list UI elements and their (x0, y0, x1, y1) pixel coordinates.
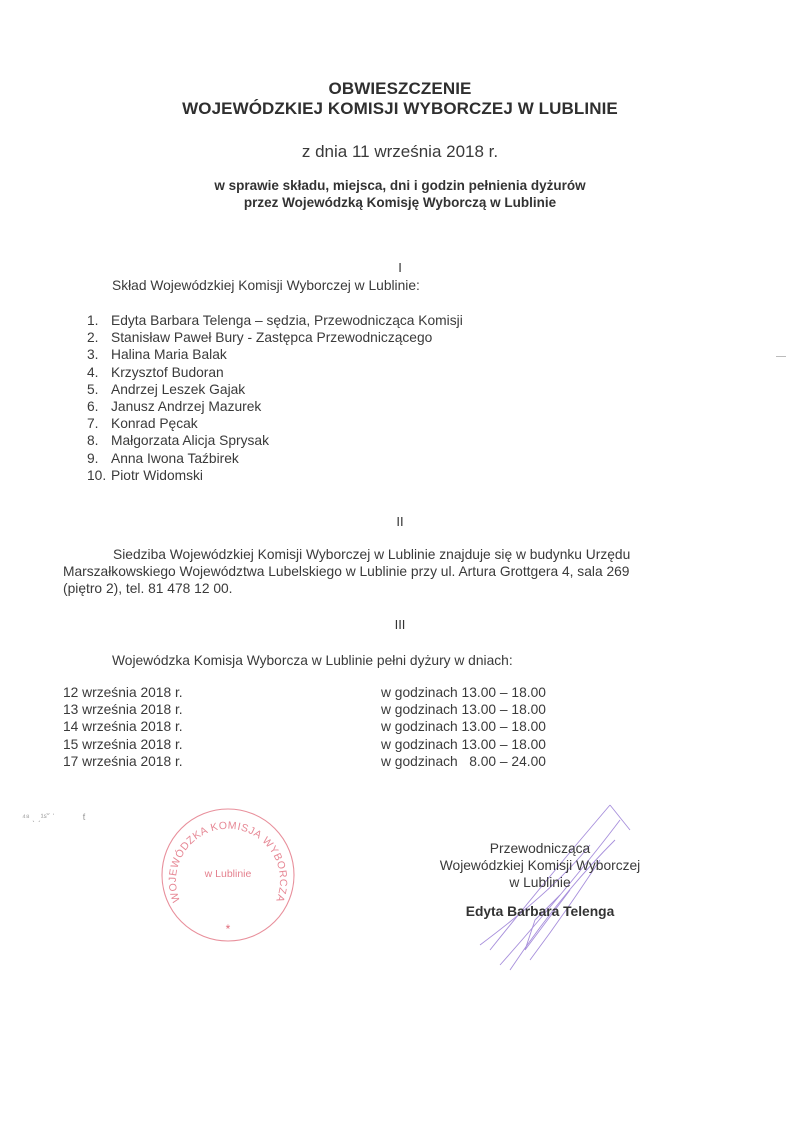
schedule-hours: w godzinach 8.00 – 24.00 (381, 753, 546, 770)
member-number: 1. (87, 312, 111, 329)
section-2-numeral: II (0, 514, 800, 529)
member-name: Edyta Barbara Telenga – sędzia, Przewodn… (111, 312, 463, 329)
schedule-hours: w godzinach 13.00 – 18.00 (381, 736, 546, 753)
schedule-row: 12 września 2018 r.w godzinach 13.00 – 1… (63, 684, 583, 701)
address-line-2: Marszałkowskiego Województwa Lubelskiego… (63, 563, 703, 580)
schedule-hours: w godzinach 13.00 – 18.00 (381, 684, 546, 701)
member-list-item: 1.Edyta Barbara Telenga – sędzia, Przewo… (87, 312, 463, 329)
member-list-item: 7.Konrad Pęcak (87, 415, 463, 432)
section-1-numeral: I (0, 260, 800, 275)
member-list-item: 2.Stanisław Paweł Bury - Zastępca Przewo… (87, 329, 463, 346)
member-number: 4. (87, 364, 111, 381)
schedule-row: 17 września 2018 r.w godzinach 8.00 – 24… (63, 753, 583, 770)
section-3-intro: Wojewódzka Komisja Wyborcza w Lublinie p… (112, 652, 513, 669)
duty-schedule: 12 września 2018 r.w godzinach 13.00 – 1… (63, 684, 583, 770)
stamp-seal-icon: WOJEWÓDZKA KOMISJA WYBORCZA w Lublinie * (158, 805, 298, 945)
member-name: Konrad Pęcak (111, 415, 198, 432)
scan-artifact-mark (776, 356, 786, 357)
document-title-line1: OBWIESZCZENIE (0, 79, 800, 99)
signature-block: Przewodnicząca Wojewódzkiej Komisji Wybo… (420, 840, 660, 920)
signer-role-line1: Przewodnicząca (420, 840, 660, 857)
svg-text:*: * (226, 922, 231, 936)
member-list-item: 9.Anna Iwona Taźbirek (87, 450, 463, 467)
address-line-3: (piętro 2), tel. 81 478 12 00. (63, 580, 703, 597)
document-date: z dnia 11 września 2018 r. (0, 142, 800, 162)
member-name: Anna Iwona Taźbirek (111, 450, 239, 467)
member-number: 2. (87, 329, 111, 346)
member-number: 9. (87, 450, 111, 467)
schedule-row: 13 września 2018 r.w godzinach 13.00 – 1… (63, 701, 583, 718)
signer-name: Edyta Barbara Telenga (420, 903, 660, 920)
scan-artifact: ⁴⁸ ˎ ˏ¹ˢ˘ ˈ ƭ (22, 812, 85, 822)
document-subject-line2: przez Wojewódzką Komisję Wyborczą w Lubl… (0, 194, 800, 211)
member-number: 3. (87, 346, 111, 363)
address-line-1: Siedziba Wojewódzkiej Komisji Wyborczej … (113, 547, 630, 562)
member-list-item: 6.Janusz Andrzej Mazurek (87, 398, 463, 415)
schedule-hours: w godzinach 13.00 – 18.00 (381, 701, 546, 718)
schedule-date: 17 września 2018 r. (63, 753, 381, 770)
section-2-paragraph: Siedziba Wojewódzkiej Komisji Wyborczej … (63, 546, 703, 597)
schedule-hours: w godzinach 13.00 – 18.00 (381, 718, 546, 735)
member-list-item: 10.Piotr Widomski (87, 467, 463, 484)
schedule-row: 14 września 2018 r.w godzinach 13.00 – 1… (63, 718, 583, 735)
member-number: 10. (87, 467, 111, 484)
member-name: Andrzej Leszek Gajak (111, 381, 245, 398)
members-list: 1.Edyta Barbara Telenga – sędzia, Przewo… (87, 312, 463, 484)
member-number: 8. (87, 432, 111, 449)
schedule-row: 15 września 2018 r.w godzinach 13.00 – 1… (63, 736, 583, 753)
schedule-date: 13 września 2018 r. (63, 701, 381, 718)
document-title-line2: WOJEWÓDZKIEJ KOMISJI WYBORCZEJ W LUBLINI… (0, 99, 800, 119)
svg-text:w Lublinie: w Lublinie (204, 868, 252, 880)
member-number: 5. (87, 381, 111, 398)
section-3-numeral: III (0, 617, 800, 632)
member-name: Stanisław Paweł Bury - Zastępca Przewodn… (111, 329, 432, 346)
signer-role-line3: w Lublinie (420, 874, 660, 891)
schedule-date: 15 września 2018 r. (63, 736, 381, 753)
member-list-item: 3.Halina Maria Balak (87, 346, 463, 363)
signer-role-line2: Wojewódzkiej Komisji Wyborczej (420, 857, 660, 874)
member-name: Krzysztof Budoran (111, 364, 224, 381)
official-stamp: WOJEWÓDZKA KOMISJA WYBORCZA w Lublinie * (158, 805, 298, 945)
member-name: Małgorzata Alicja Sprysak (111, 432, 269, 449)
schedule-date: 12 września 2018 r. (63, 684, 381, 701)
member-list-item: 5.Andrzej Leszek Gajak (87, 381, 463, 398)
member-name: Halina Maria Balak (111, 346, 227, 363)
member-list-item: 8.Małgorzata Alicja Sprysak (87, 432, 463, 449)
member-name: Janusz Andrzej Mazurek (111, 398, 261, 415)
member-list-item: 4.Krzysztof Budoran (87, 364, 463, 381)
svg-text:WOJEWÓDZKA KOMISJA WYBORCZA: WOJEWÓDZKA KOMISJA WYBORCZA (167, 820, 289, 904)
document-subject-line1: w sprawie składu, miejsca, dni i godzin … (0, 177, 800, 194)
member-number: 6. (87, 398, 111, 415)
member-name: Piotr Widomski (111, 467, 203, 484)
section-1-intro: Skład Wojewódzkiej Komisji Wyborczej w L… (112, 277, 420, 294)
schedule-date: 14 września 2018 r. (63, 718, 381, 735)
member-number: 7. (87, 415, 111, 432)
